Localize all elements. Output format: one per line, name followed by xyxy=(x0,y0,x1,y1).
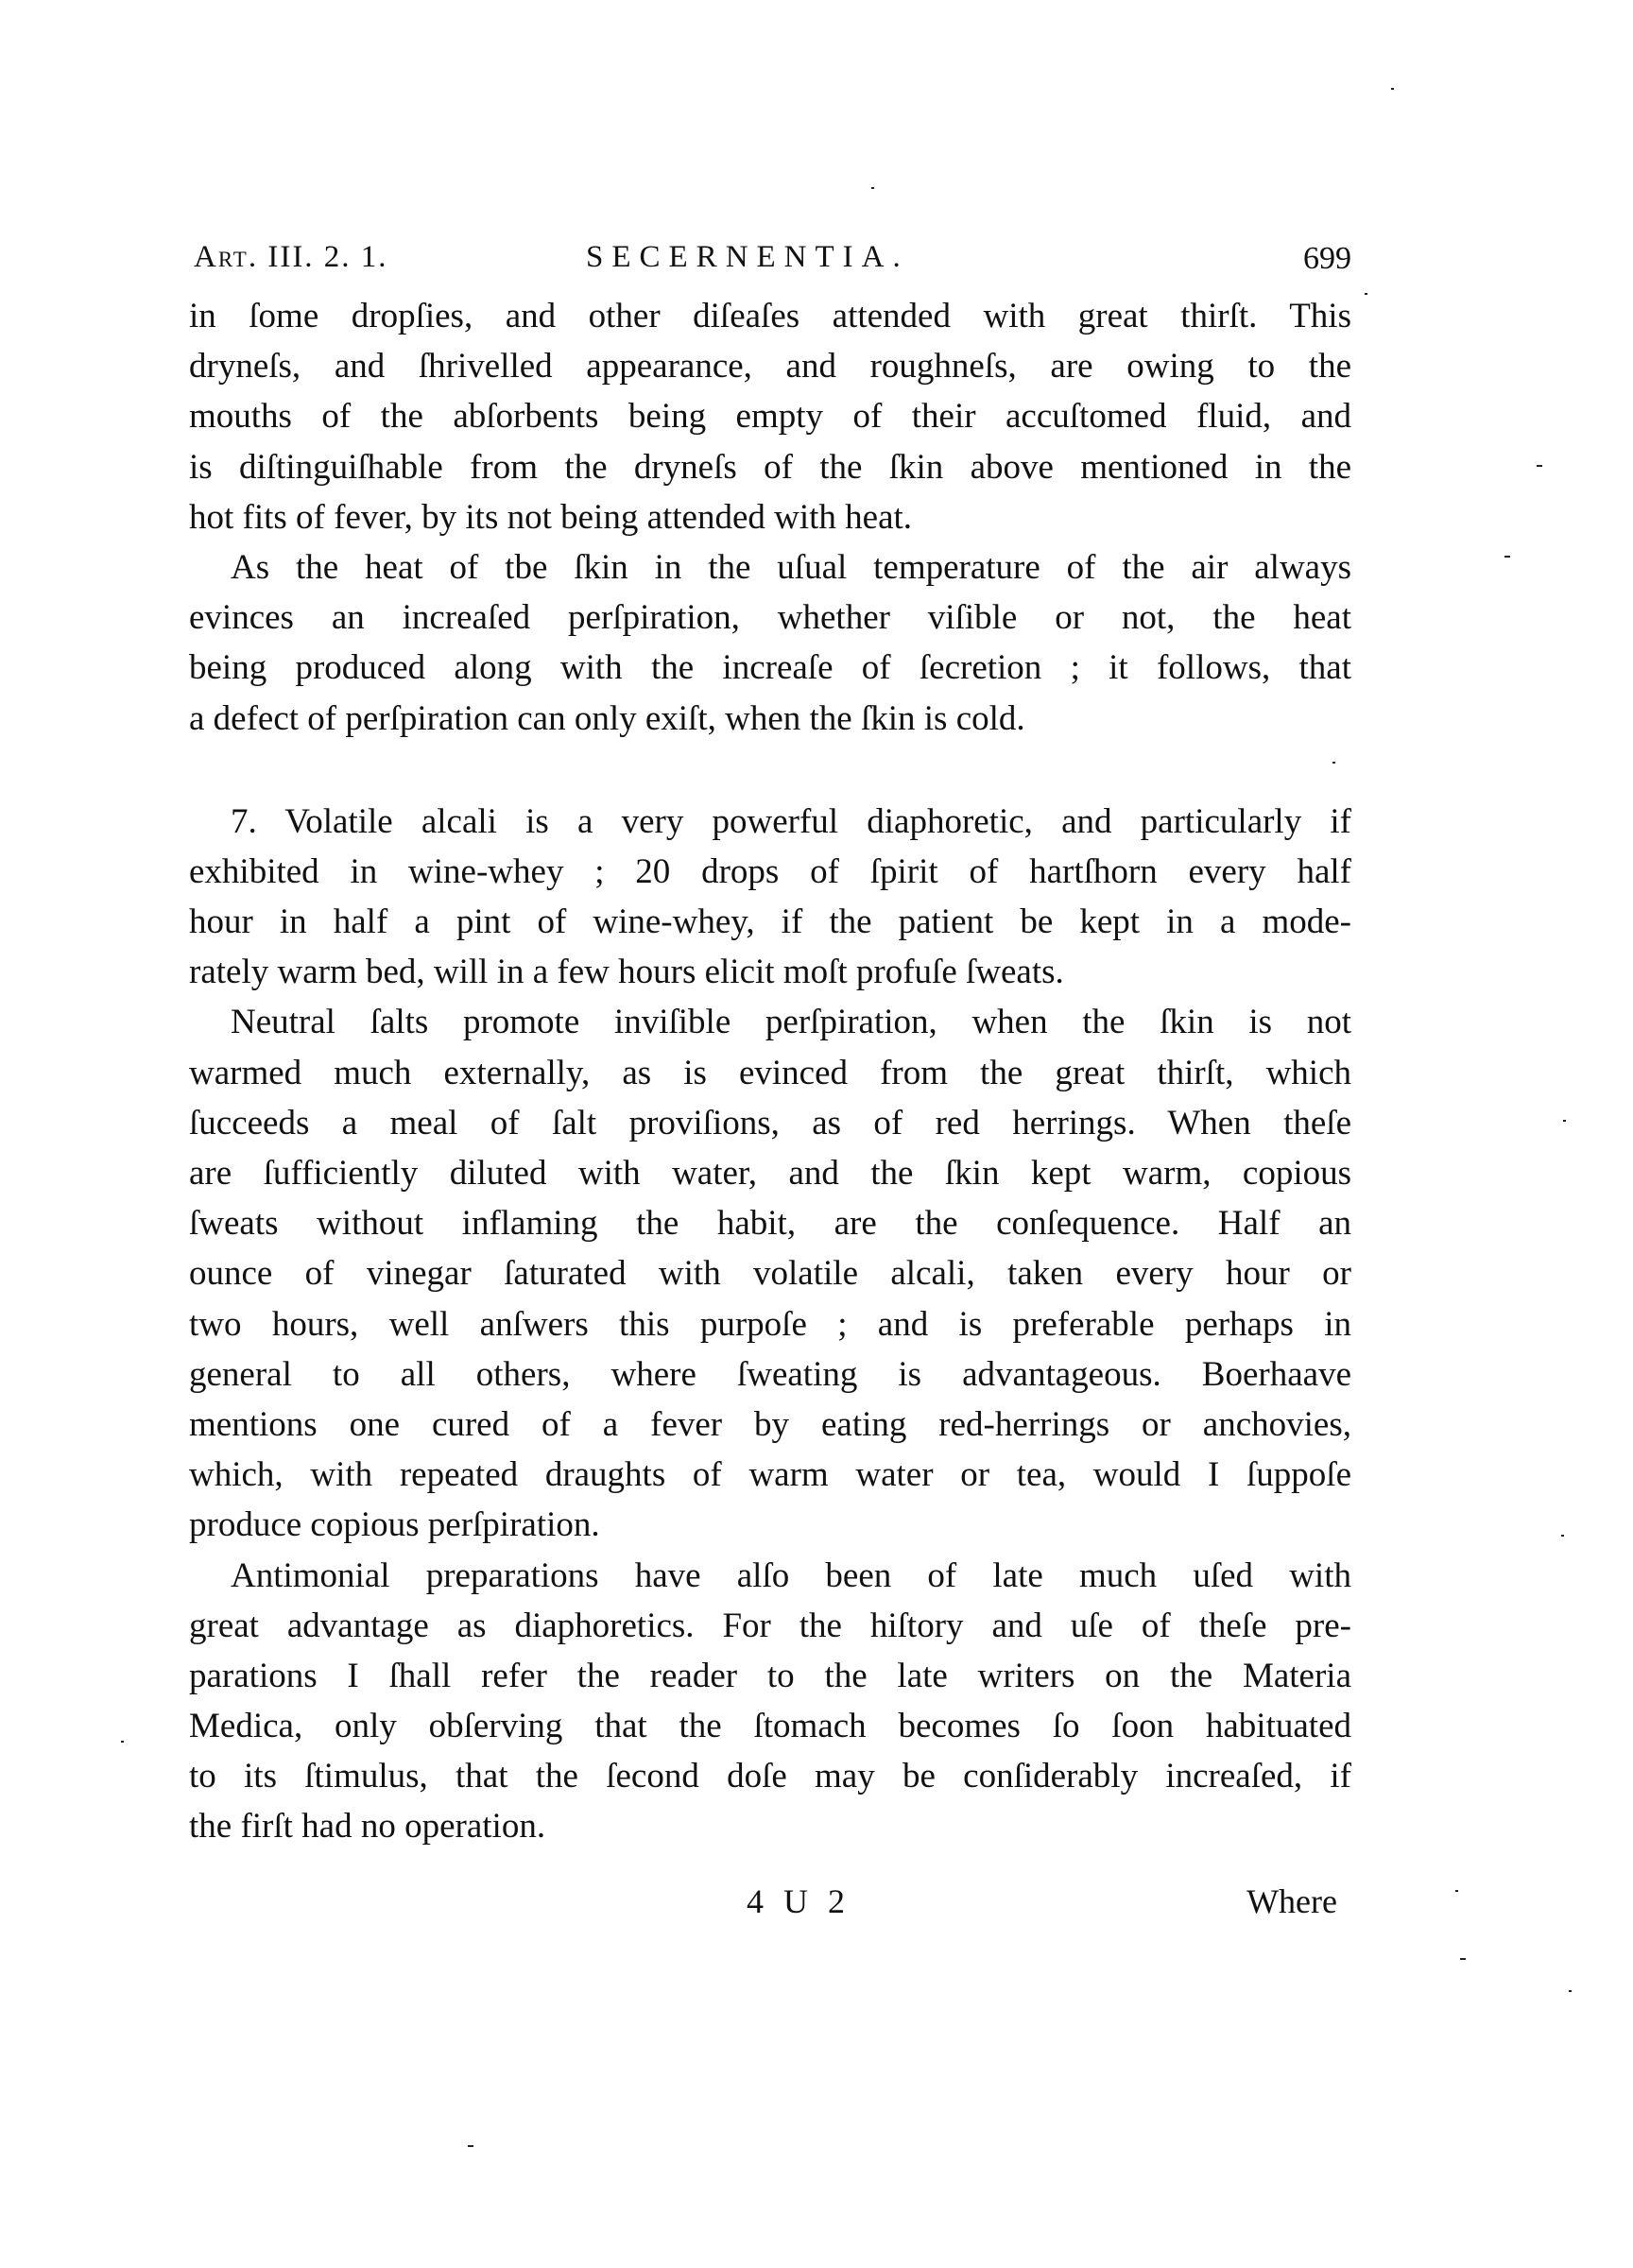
scan-speck xyxy=(1460,1958,1466,1960)
text-line: hour in half a pint of wine-whey, if the… xyxy=(189,897,1351,947)
text-line: evinces an increaſed perſpiration, wheth… xyxy=(189,593,1351,643)
signature-mark: 4 U 2 xyxy=(747,1881,851,1922)
text-line: a defect of perſpiration can only exiſt,… xyxy=(189,694,1351,744)
text-line: mentions one cured of a fever by eating … xyxy=(189,1400,1351,1450)
book-page: Art. III. 2. 1. SECERNENTIA. 699 in ſome… xyxy=(0,0,1633,2268)
scan-speck xyxy=(1561,1535,1564,1537)
text-line: great advantage as diaphoretics. For the… xyxy=(189,1601,1351,1651)
text-line: Medica, only obſerving that the ſtomach … xyxy=(189,1701,1351,1751)
running-head: Art. III. 2. 1. SECERNENTIA. 699 xyxy=(194,236,1351,278)
text-line: ſucceeds a meal of ſalt proviſions, as o… xyxy=(189,1098,1351,1148)
scan-speck xyxy=(871,187,874,189)
text-line: are ſufficiently diluted with water, and… xyxy=(189,1148,1351,1198)
text-line: two hours, well anſwers this purpoſe ; a… xyxy=(189,1299,1351,1349)
scan-speck xyxy=(1537,465,1542,467)
section-reference: Art. III. 2. 1. xyxy=(194,236,388,278)
body-text: in ſome dropſies, and other diſeaſes att… xyxy=(189,291,1351,1852)
text-line: rately warm bed, will in a few hours eli… xyxy=(189,947,1351,997)
text-line: warmed much externally, as is evinced fr… xyxy=(189,1048,1351,1098)
text-line: mouths of the abſorbents being empty of … xyxy=(189,391,1351,441)
scan-speck xyxy=(1365,293,1367,295)
scan-speck xyxy=(1563,1120,1566,1122)
page-number: 699 xyxy=(1303,238,1351,280)
page-footer: 4 U 2 Where xyxy=(189,1881,1351,1922)
paragraph-section-7: 7. Volatile alcali is a very powerful di… xyxy=(189,797,1351,998)
running-title: SECERNENTIA. xyxy=(586,236,909,278)
text-line: 7. Volatile alcali is a very powerful di… xyxy=(189,797,1351,847)
text-line: hot fits of fever, by its not being atte… xyxy=(189,492,1351,542)
scan-speck xyxy=(1391,88,1394,90)
scan-speck xyxy=(1455,1890,1458,1892)
text-line: exhibited in wine-whey ; 20 drops of ſpi… xyxy=(189,847,1351,897)
text-line: dryneſs, and ſhrivelled appearance, and … xyxy=(189,341,1351,391)
text-line: ſweats without inflaming the habit, are … xyxy=(189,1198,1351,1248)
text-line: Neutral ſalts promote inviſible perſpira… xyxy=(189,997,1351,1047)
text-line: to its ſtimulus, that the ſecond doſe ma… xyxy=(189,1751,1351,1801)
paragraph: As the heat of tbe ſkin in the uſual tem… xyxy=(189,542,1351,744)
text-line: As the heat of tbe ſkin in the uſual tem… xyxy=(189,542,1351,593)
text-line: being produced along with the increaſe o… xyxy=(189,643,1351,693)
scan-speck xyxy=(121,1741,124,1743)
text-line: produce copious perſpiration. xyxy=(189,1500,1351,1550)
scan-speck xyxy=(1332,762,1335,764)
paragraph: in ſome dropſies, and other diſeaſes att… xyxy=(189,291,1351,542)
catchword: Where xyxy=(1246,1881,1337,1922)
text-line: which, with repeated draughts of warm wa… xyxy=(189,1450,1351,1500)
text-line: is diſtinguiſhable from the dryneſs of t… xyxy=(189,442,1351,492)
text-line: in ſome dropſies, and other diſeaſes att… xyxy=(189,291,1351,341)
scan-speck xyxy=(1504,556,1510,558)
text-line: Antimonial preparations have alſo been o… xyxy=(189,1551,1351,1601)
scan-speck xyxy=(468,2145,473,2147)
text-line: parations I ſhall refer the reader to th… xyxy=(189,1651,1351,1701)
paragraph: Neutral ſalts promote inviſible perſpira… xyxy=(189,997,1351,1550)
section-gap xyxy=(189,744,1351,797)
scan-speck xyxy=(1569,1990,1572,1992)
text-line: ounce of vinegar ſaturated with volatile… xyxy=(189,1248,1351,1298)
text-line: general to all others, where ſweating is… xyxy=(189,1349,1351,1400)
text-line: the firſt had no operation. xyxy=(189,1801,1351,1851)
paragraph: Antimonial preparations have alſo been o… xyxy=(189,1551,1351,1852)
